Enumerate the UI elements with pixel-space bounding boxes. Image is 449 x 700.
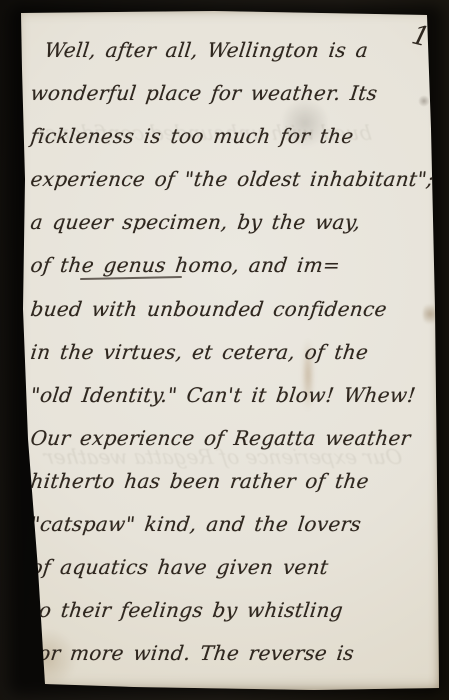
manuscript-line: Our experience of Regatta weather [28, 417, 433, 460]
photo-background: bued with unbounded confidence Our exper… [0, 0, 449, 700]
manuscript-line: of aquatics have given vent [28, 546, 433, 589]
manuscript-text: Well, after all, Wellington is a wonderf… [28, 29, 428, 675]
manuscript-line: in the virtues, et cetera, of the [28, 331, 433, 374]
manuscript-line: a queer specimen, by the way, [28, 201, 433, 244]
manuscript-line: for more wind. The reverse is [28, 632, 433, 675]
manuscript-line: hitherto has been rather of the [28, 460, 433, 503]
manuscript-line: of the genus homo, and im= [28, 244, 433, 287]
manuscript-page: bued with unbounded confidence Our exper… [14, 9, 440, 691]
manuscript-line: fickleness is too much for the [28, 115, 433, 158]
manuscript-line: Well, after all, Wellington is a [28, 29, 433, 72]
manuscript-line: experience of "the oldest inhabitant"; [28, 158, 433, 201]
manuscript-line: "old Identity." Can't it blow! Whew! [28, 374, 433, 417]
manuscript-line: bued with unbounded confidence [28, 288, 433, 331]
manuscript-line: to their feelings by whistling [28, 589, 433, 632]
manuscript-line: wonderful place for weather. Its [28, 72, 433, 115]
manuscript-line: "catspaw" kind, and the lovers [28, 503, 433, 546]
